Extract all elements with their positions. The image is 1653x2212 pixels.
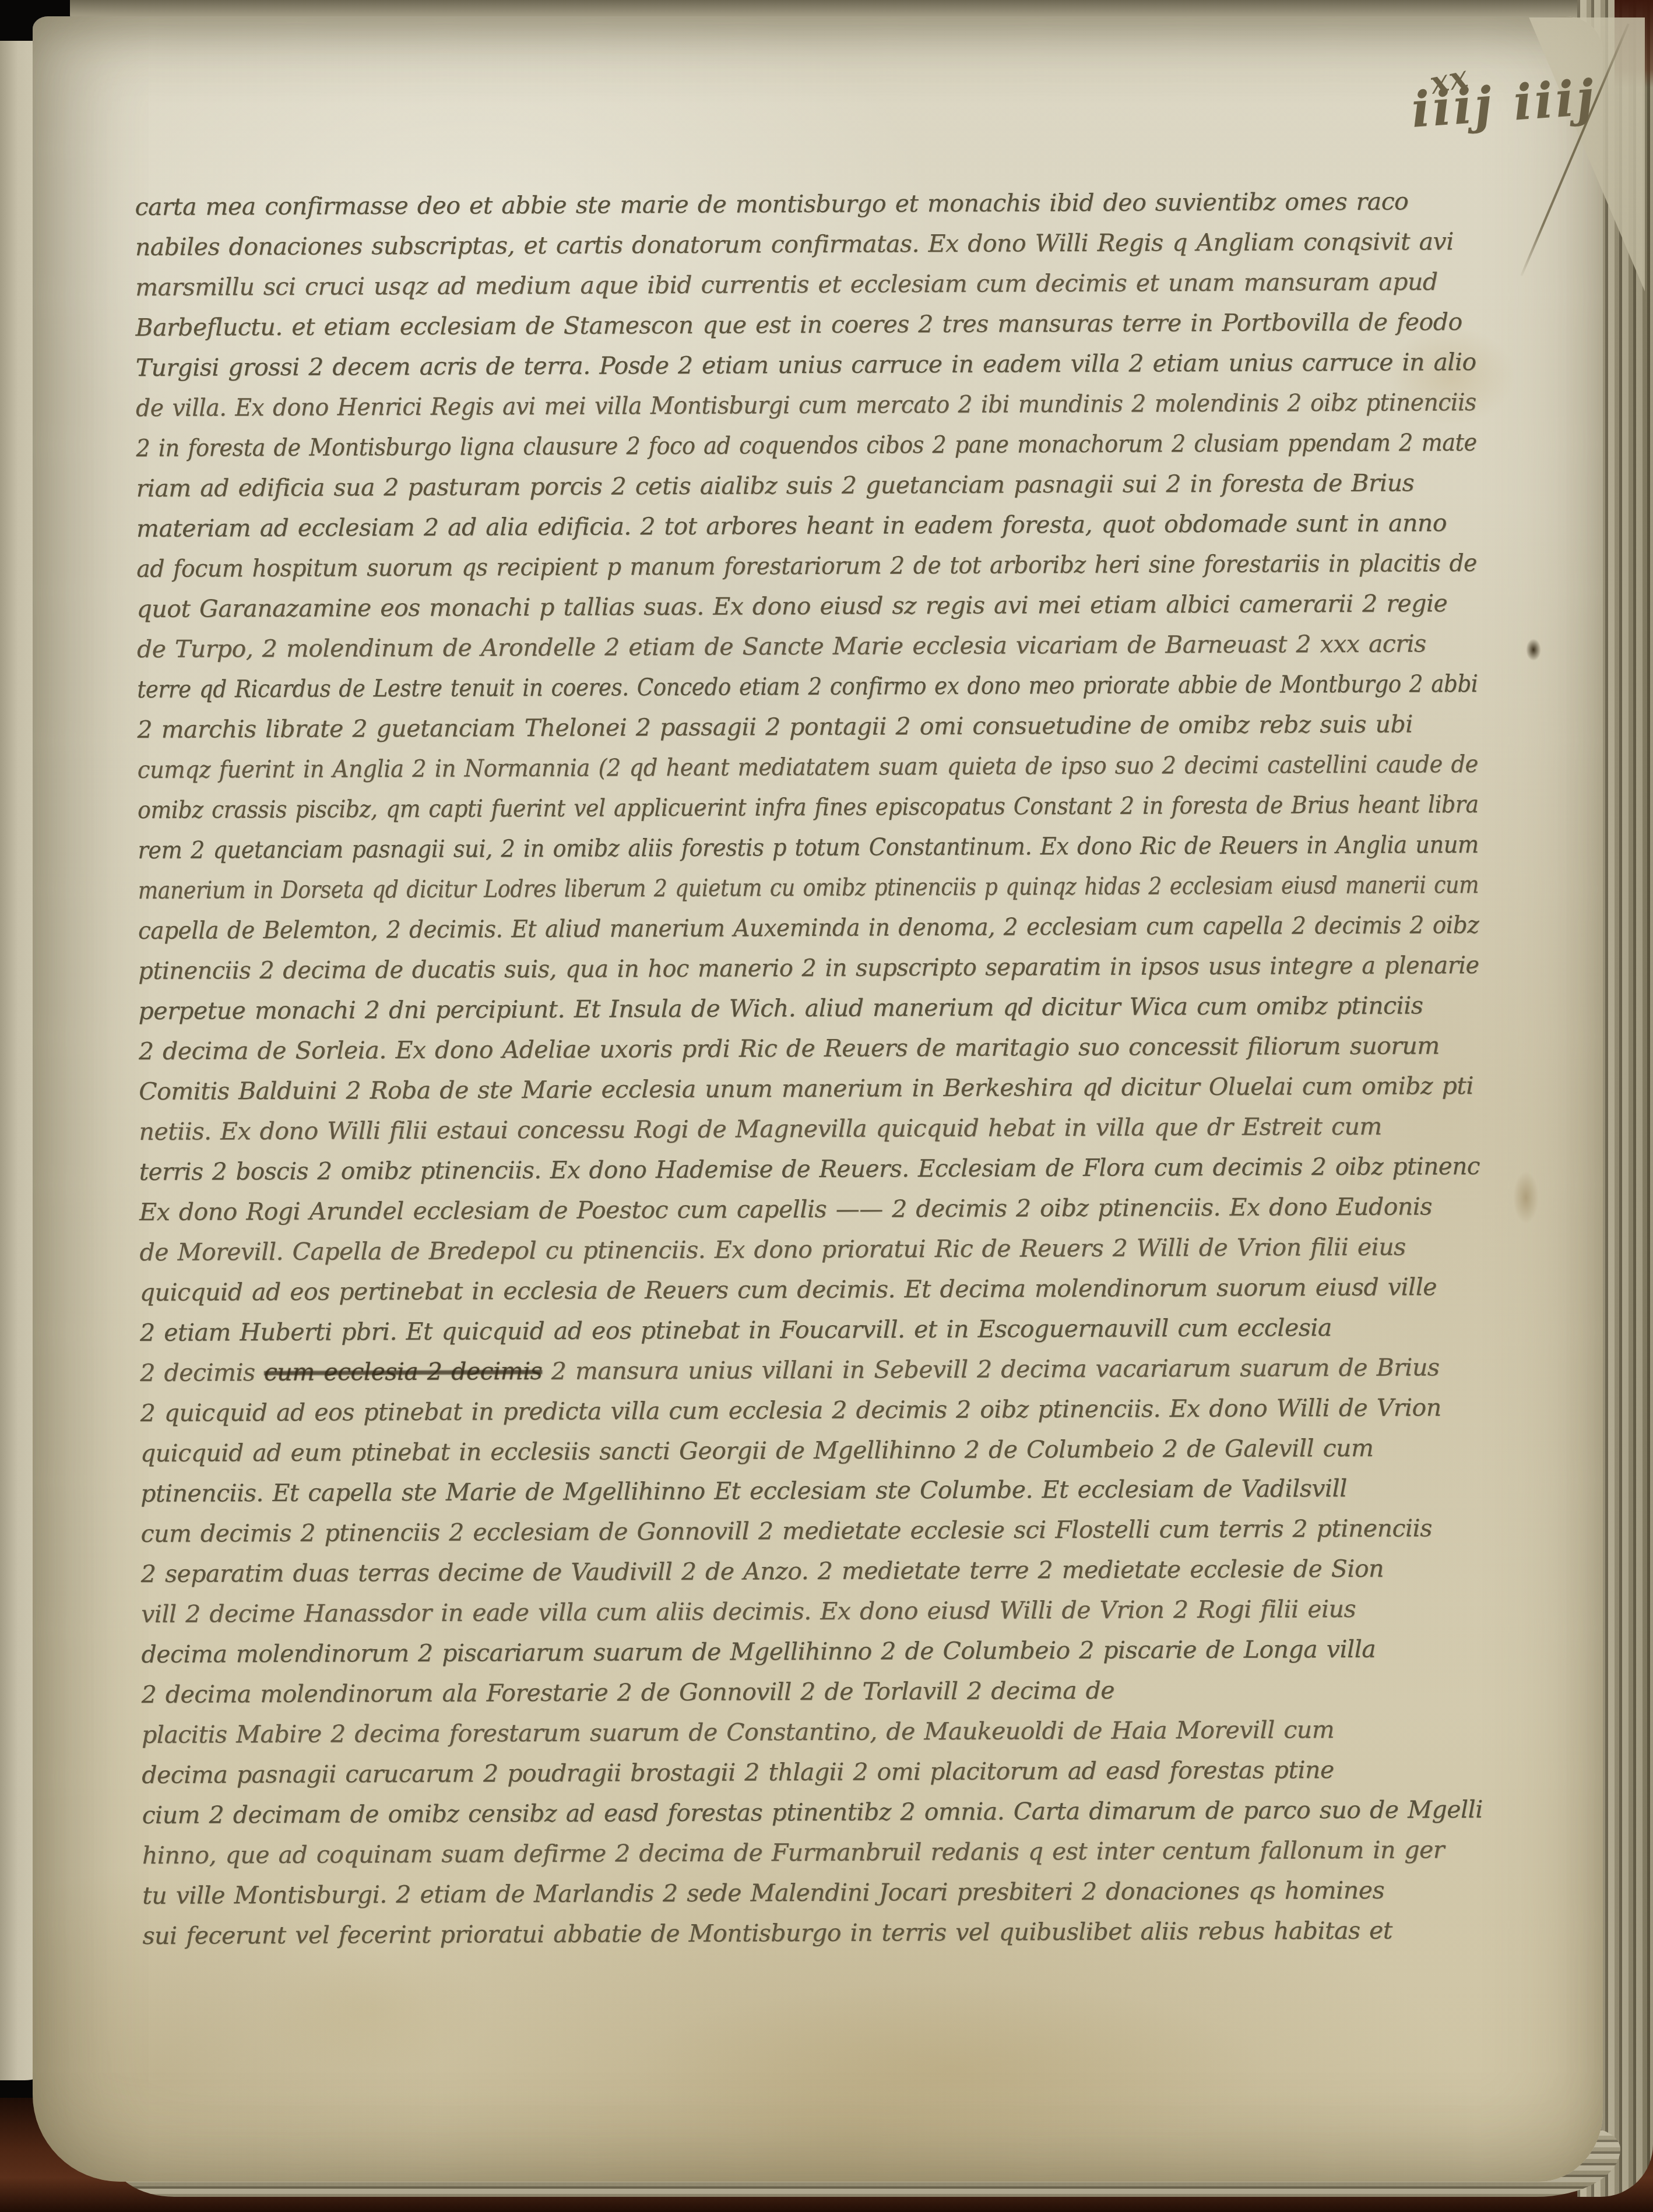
manuscript-text-line: quicquid ad eos pertinebat in ecclesia d… [140,1267,1480,1313]
line-text: 2 mansura unius villani in Sebevill 2 de… [542,1353,1439,1385]
manuscript-text-line: hinno, que ad coquinam suam defirme 2 de… [142,1830,1483,1876]
manuscript-text-line: marsmillu sci cruci usqz ad medium aque … [135,262,1476,308]
manuscript-text-line: de Turpo, 2 molendinum de Arondelle 2 et… [137,624,1478,670]
line-text: marsmillu sci cruci usqz ad medium aque … [135,267,1438,301]
manuscript-text-line: 2 marchis librate 2 guetanciam Thelonei … [137,704,1478,750]
line-text: perpetue monachi 2 dni percipiunt. Et In… [138,991,1423,1025]
line-text: 2 decimis [140,1358,264,1387]
manuscript-text-line: cium 2 decimam de omibz censibz ad easd … [142,1790,1482,1836]
manuscript-text-line: Turgisi grossi 2 decem acris de terra. P… [136,342,1473,388]
line-text: carta mea confirmasse deo et abbie ste m… [135,187,1408,221]
line-text: decima pasnagii carucarum 2 poudragii br… [142,1756,1334,1789]
line-text: Barbefluctu. et etiam ecclesiam de Stame… [135,308,1462,341]
line-text: netiis. Ex dono Willi filii estaui conce… [139,1112,1381,1146]
line-text: de Morevill. Capella de Bredepol cu ptin… [139,1233,1405,1266]
line-text: hinno, que ad coquinam suam defirme 2 de… [142,1836,1444,1869]
line-text: de Turpo, 2 molendinum de Arondelle 2 et… [137,629,1426,663]
line-text: ptinenciis. Et capella ste Marie de Mgel… [140,1474,1347,1507]
line-text: quot Garanazamine eos monachi p tallias … [136,589,1447,623]
manuscript-text-line: perpetue monachi 2 dni percipiunt. Et In… [138,985,1479,1031]
line-text: quicquid ad eum ptinebat in ecclesiis sa… [140,1434,1374,1467]
line-text: Comitis Balduini 2 Roba de ste Marie ecc… [139,1072,1473,1105]
line-text: terris 2 boscis 2 omibz ptinenciis. Ex d… [139,1152,1480,1186]
manuscript-text-line: Barbefluctu. et etiam ecclesiam de Stame… [135,302,1476,348]
manuscript-text-line: materiam ad ecclesiam 2 ad alia edificia… [136,503,1477,549]
manuscript-text-line: ptinenciis. Et capella ste Marie de Mgel… [140,1468,1481,1514]
line-text: 2 separatim duas terras decime de Vaudiv… [141,1555,1384,1588]
manuscript-text-line: de Morevill. Capella de Bredepol cu ptin… [139,1227,1480,1273]
manuscript-text-line: Ex dono Rogi Arundel ecclesiam de Poesto… [139,1186,1480,1232]
struck-text: cum ecclesia 2 decimis [264,1357,542,1386]
manuscript-text-line: vill 2 decime Hanassdor in eade villa cu… [141,1588,1482,1635]
manuscript-text-line: sui fecerunt vel fecerint prioratui abba… [142,1910,1483,1956]
manuscript-text-line: riam ad edificia sua 2 pasturam porcis 2… [136,463,1476,509]
line-text: rem 2 quetanciam pasnagii sui, 2 in omib… [138,830,1479,864]
line-text: placitis Mabire 2 decima forestarum suar… [142,1716,1334,1749]
manuscript-text-line: omibz crassis piscibz, qm capti fuerint … [138,785,1374,830]
manuscript-text-line: decima pasnagii carucarum 2 poudragii br… [142,1749,1482,1795]
line-text: quicquid ad eos pertinebat in ecclesia d… [140,1273,1437,1306]
line-text: ad focum hospitum suorum qs recipient p … [136,549,1477,583]
line-text: Ex dono Rogi Arundel ecclesiam de Poesto… [139,1192,1432,1226]
line-text: vill 2 decime Hanassdor in eade villa cu… [141,1595,1356,1628]
manuscript-text-line: terris 2 boscis 2 omibz ptinenciis. Ex d… [139,1146,1463,1192]
manuscript-text-line: capella de Belemton, 2 decimis. Et aliud… [138,905,1413,951]
manuscript-text-line: 2 decima molendinorum ala Forestarie 2 d… [142,1669,1482,1715]
manuscript-text-line: 2 separatim duas terras decime de Vaudiv… [141,1548,1482,1594]
line-text: tu ville Montisburgi. 2 etiam de Marland… [142,1876,1384,1910]
manuscript-text-line: carta mea confirmasse deo et abbie ste m… [135,181,1475,227]
manuscript-text-line: quot Garanazamine eos monachi p tallias … [136,583,1477,629]
line-text: de villa. Ex dono Henrici Regis avi mei … [136,388,1476,422]
manuscript-text-line: ptinenciis 2 decima de ducatis suis, qua… [138,945,1443,991]
manuscript-text-line: placitis Mabire 2 decima forestarum suar… [142,1709,1482,1755]
manuscript-text-line: rem 2 quetanciam pasnagii sui, 2 in omib… [138,825,1392,871]
line-text: decima molendinorum 2 piscariarum suarum… [141,1635,1376,1668]
manuscript-text-line: de villa. Ex dono Henrici Regis avi mei … [136,382,1420,428]
manuscript-text-line: cumqz fuerint in Anglia 2 in Normannia (… [138,745,1396,790]
line-text: 2 in foresta de Montisburgo ligna clausu… [136,428,1476,462]
manuscript-text-line: manerium in Dorseta qd dicitur Lodres li… [138,865,1325,911]
line-text: riam ad edificia sua 2 pasturam porcis 2… [136,469,1415,502]
manuscript-text-line: 2 quicquid ad eos ptinebat in predicta v… [140,1387,1480,1433]
line-text: cium 2 decimam de omibz censibz ad easd … [142,1795,1482,1829]
line-text: terre qd Ricardus de Lestre tenuit in co… [137,670,1478,703]
manuscript-text-line: 2 in foresta de Montisburgo ligna clausu… [136,423,1387,469]
line-text: cumqz fuerint in Anglia 2 in Normannia (… [138,750,1478,784]
line-text: 2 decima de Sorleia. Ex dono Adeliae uxo… [139,1031,1440,1065]
manuscript-text-line: decima molendinorum 2 piscariarum suarum… [141,1629,1482,1675]
line-text: 2 quicquid ad eos ptinebat in predicta v… [140,1393,1441,1427]
manuscript-text-line: netiis. Ex dono Willi filii estaui conce… [139,1106,1479,1152]
line-text: ptinenciis 2 decima de ducatis suis, qua… [138,951,1479,985]
manuscript-text-line: cum decimis 2 ptinenciis 2 ecclesiam de … [140,1508,1481,1554]
line-text: 2 decima molendinorum ala Forestarie 2 d… [142,1676,1115,1709]
manuscript-text-line: terre qd Ricardus de Lestre tenuit in co… [137,664,1357,710]
manuscript-text-block: carta mea confirmasse deo et abbie ste m… [135,181,1483,1956]
manuscript-text-line: 2 decimis cum ecclesia 2 decimis 2 mansu… [140,1347,1480,1393]
line-text: materiam ad ecclesiam 2 ad alia edificia… [136,509,1447,543]
manuscript-text-line: quicquid ad eum ptinebat in ecclesiis sa… [140,1428,1481,1474]
manuscript-text-line: nabiles donaciones subscriptas, et carti… [135,221,1476,267]
line-text: capella de Belemton, 2 decimis. Et aliud… [138,911,1479,945]
line-text: Turgisi grossi 2 decem acris de terra. P… [136,348,1476,382]
line-text: 2 etiam Huberti pbri. Et quicquid ad eos… [140,1313,1332,1347]
line-text: nabiles donaciones subscriptas, et carti… [135,227,1454,261]
manuscript-text-line: 2 decima de Sorleia. Ex dono Adeliae uxo… [139,1026,1479,1072]
folio-number: xx iiij iiij [1408,50,1598,135]
line-text: cum decimis 2 ptinenciis 2 ecclesiam de … [140,1514,1432,1548]
line-text: omibz crassis piscibz, qm capti fuerint … [138,790,1479,824]
line-text: manerium in Dorseta qd dicitur Lodres li… [138,871,1479,904]
line-text: sui fecerunt vel fecerint prioratui abba… [142,1917,1392,1950]
manuscript-text-line: 2 etiam Huberti pbri. Et quicquid ad eos… [140,1307,1480,1353]
line-text: 2 marchis librate 2 guetanciam Thelonei … [137,710,1412,744]
manuscript-photo: xx iiij iiij carta mea confirmasse deo e… [0,0,1653,2212]
manuscript-text-line: Comitis Balduini 2 Roba de ste Marie ecc… [139,1066,1479,1112]
manuscript-text-line: ad focum hospitum suorum qs recipient p … [136,543,1424,589]
manuscript-text-line: tu ville Montisburgi. 2 etiam de Marland… [142,1870,1483,1916]
